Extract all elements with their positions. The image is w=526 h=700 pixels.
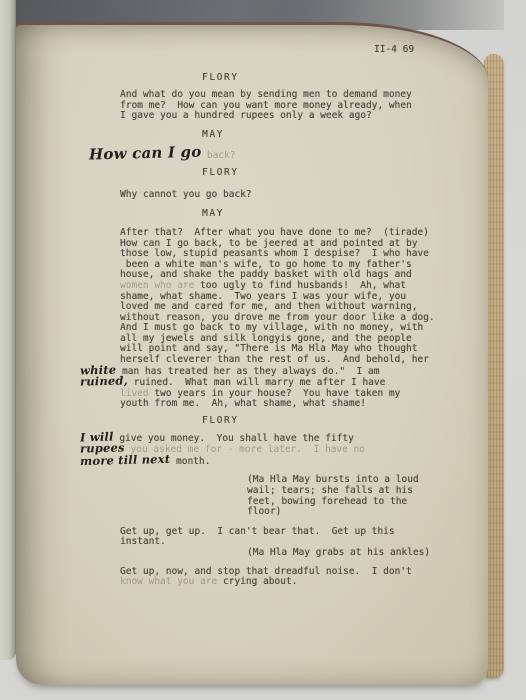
typed-text: lived (120, 388, 149, 399)
handwritten-correction: ruined, (80, 377, 128, 387)
typed-text: (Ma Hla May grabs at his ankles) (247, 547, 430, 558)
typed-text: Why cannot you go back? (120, 189, 252, 200)
dialogue-paragraph: Why cannot you go back? (120, 190, 454, 201)
typed-text: man has treated her as they always do." … (116, 366, 379, 377)
script-line: Why cannot you go back? (120, 190, 454, 201)
typed-text: too ugly to find husbands! Ah, what (194, 280, 406, 291)
typed-text: crying about. (223, 576, 297, 587)
page-text-blocks: FLORYAnd what do you mean by sending men… (120, 73, 454, 588)
typed-text: wail; tears; she falls at his (247, 485, 413, 496)
typed-text: Get up, get up. I can't bear that. Get u… (120, 526, 395, 537)
photo-scene: II-4 69 FLORYAnd what do you mean by sen… (0, 0, 526, 700)
typed-text: After that? After what you have done to … (120, 227, 429, 238)
typed-text: youth from me. Ah, what shame, what sham… (120, 398, 366, 409)
typed-text: I gave you a hundred rupees only a week … (120, 110, 372, 121)
typed-text: two years in your house? You have taken … (149, 388, 401, 399)
typed-text: give you money. You shall have the fifty (114, 433, 354, 444)
handwritten-correction: more till next (80, 455, 171, 466)
typed-text: instant. (120, 536, 166, 547)
script-line: (Ma Hla May grabs at his ankles) (247, 548, 454, 559)
script-line: youth from me. Ah, what shame, what sham… (120, 399, 454, 410)
typed-text: without reason, you drove me from your d… (120, 312, 435, 323)
typed-text: herself cleverer than the rest of us. An… (120, 354, 429, 365)
character-heading: MAY (202, 209, 454, 220)
typed-text: (Ma Hla May bursts into a loud (247, 474, 419, 485)
script-line: more till next month. (120, 456, 454, 468)
script-line: white man has treated her as they always… (120, 366, 454, 378)
typed-text: been a white man's wife, to go home to m… (120, 259, 412, 270)
page-text: II-4 69 FLORYAnd what do you mean by sen… (120, 45, 454, 588)
page-number: II-4 69 (374, 45, 454, 56)
typed-text: And what do you mean by sending men to d… (120, 89, 412, 100)
typed-text: ruined. What man will marry me after I h… (128, 377, 385, 388)
typed-text: loved me and cared for me, and then with… (120, 301, 417, 312)
dialogue-paragraph: How can I go back? (120, 147, 454, 162)
dialogue-paragraph: After that? After what you have done to … (120, 228, 454, 410)
typed-text: And I must go back to my village, with n… (120, 322, 423, 333)
dialogue-paragraph: And what do you mean by sending men to d… (120, 90, 454, 122)
typed-text: those low, stupid peasants whom I despis… (120, 248, 429, 259)
character-heading: FLORY (202, 416, 454, 427)
typed-text: will point and say, "There is Ma Hla May… (120, 343, 417, 354)
typed-text: back? (207, 150, 236, 161)
character-heading: FLORY (202, 73, 454, 84)
script-line: herself cleverer than the rest of us. An… (120, 355, 454, 366)
typed-text: all my jewels and silk longyis gone, and… (120, 333, 412, 344)
character-heading: FLORY (202, 168, 454, 179)
manuscript-page: II-4 69 FLORYAnd what do you mean by sen… (16, 22, 488, 685)
script-line: I gave you a hundred rupees only a week … (120, 111, 454, 122)
typed-text: know what you are (120, 576, 223, 587)
typed-text: floor) (247, 506, 281, 517)
typed-text: month. (170, 456, 210, 467)
facing-page-edge (0, 0, 16, 660)
typed-text: from me? How can you want more money alr… (120, 100, 412, 111)
typed-text: women who are (120, 280, 194, 291)
typed-text: How can I go back, to be jeered at and p… (120, 238, 417, 249)
script-line: How can I go back? (120, 147, 454, 162)
stage-direction: (Ma Hla May grabs at his ankles) (247, 548, 454, 559)
dialogue-paragraph: I will give you money. You shall have th… (120, 433, 454, 468)
typed-text: feet, bowing forehead to the (247, 496, 407, 507)
typed-text: house, and shake the paddy basket with o… (120, 269, 412, 280)
character-heading: MAY (202, 130, 454, 141)
script-line: I will give you money. You shall have th… (120, 433, 454, 445)
handwritten-correction: How can I go (89, 145, 207, 161)
stage-direction: (Ma Hla May bursts into a loudwail; tear… (247, 475, 454, 517)
script-line: floor) (247, 507, 454, 518)
dialogue-paragraph: Get up, get up. I can't bear that. Get u… (120, 527, 454, 548)
script-line: know what you are crying about. (120, 577, 454, 588)
script-line: Get up, get up. I can't bear that. Get u… (120, 527, 454, 538)
typed-text: Get up, now, and stop that dreadful nois… (120, 566, 412, 577)
typed-text: shame, what shame. Two years I was your … (120, 291, 406, 302)
dialogue-paragraph: Get up, now, and stop that dreadful nois… (120, 567, 454, 588)
